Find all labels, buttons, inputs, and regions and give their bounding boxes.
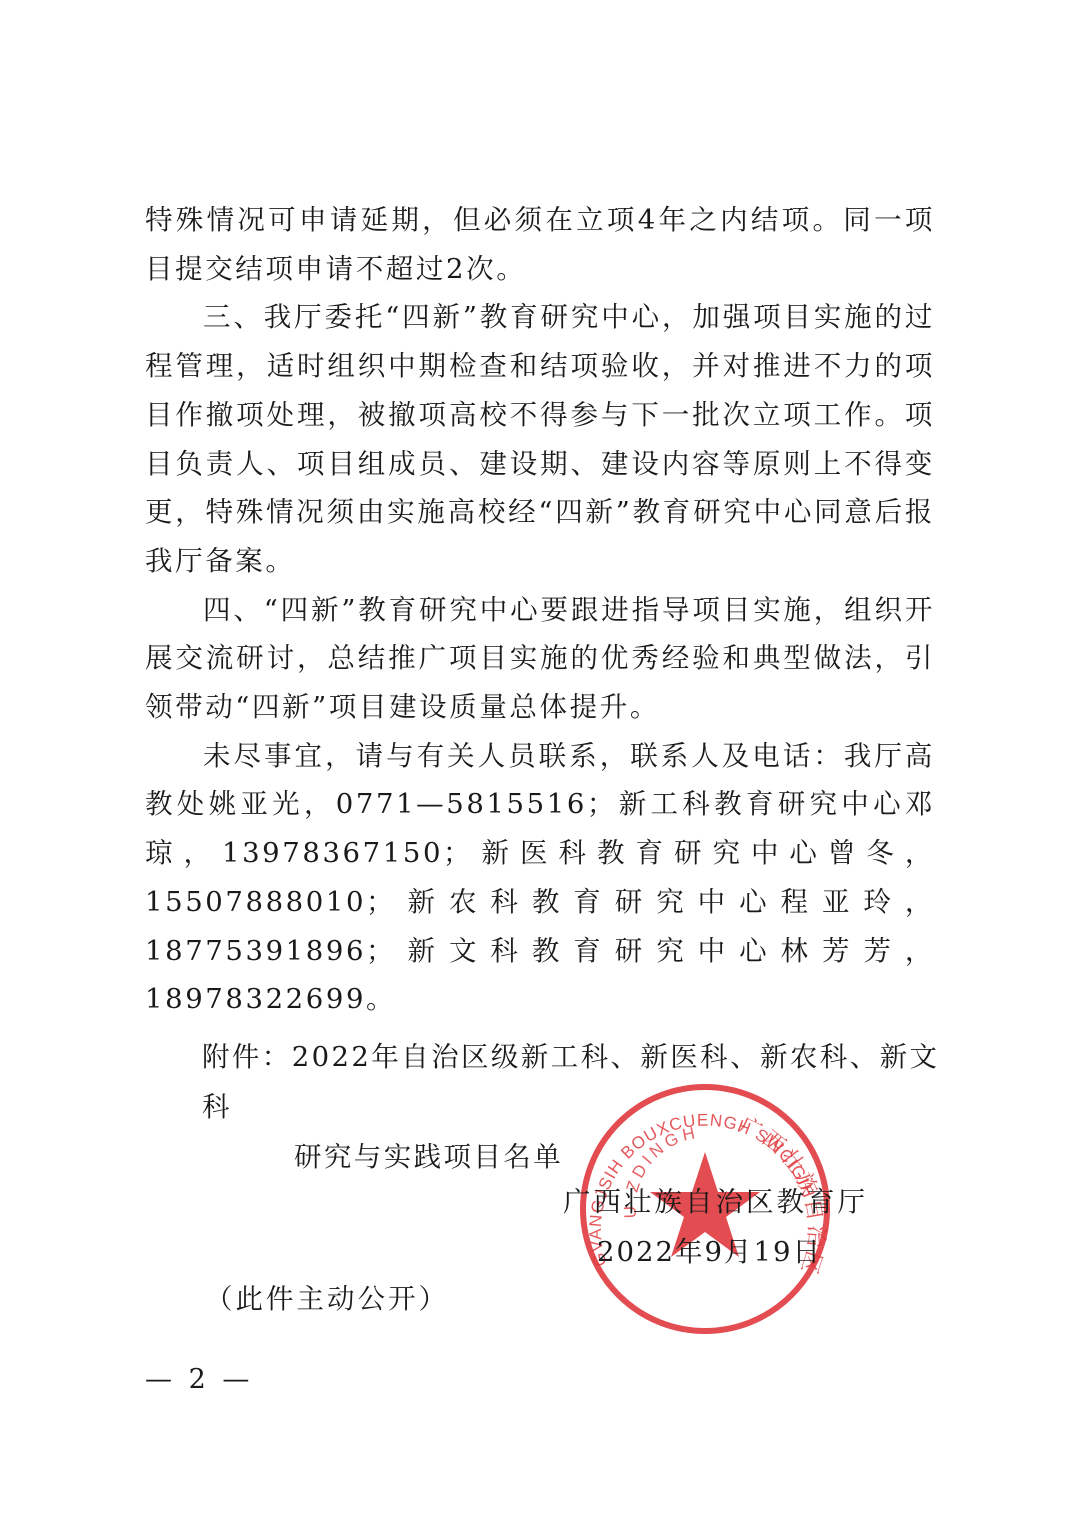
paragraph-section-four: 四、“四新”教育研究中心要跟进指导项目实施，组织开展交流研讨，总结推广项目实施的…	[145, 586, 935, 732]
page-number: — 2 —	[145, 1364, 253, 1395]
issue-date: 2022年9月19日	[563, 1227, 868, 1277]
public-disclosure-note: （此件主动公开）	[205, 1276, 449, 1316]
signature-block: 广西壮族自治区教育厅 2022年9月19日	[563, 1177, 868, 1277]
document-body: 特殊情况可申请延期，但必须在立项4年之内结项。同一项目提交结项申请不超过2次。 …	[145, 196, 935, 1024]
document-page: 特殊情况可申请延期，但必须在立项4年之内结项。同一项目提交结项申请不超过2次。 …	[0, 0, 1080, 1527]
paragraph-section-three: 三、我厅委托“四新”教育研究中心，加强项目实施的过程管理，适时组织中期检查和结项…	[145, 293, 935, 585]
paragraph-contacts: 未尽事宜，请与有关人员联系，联系人及电话：我厅高教处姚亚光，0771—58155…	[145, 732, 935, 1024]
paragraph-extension-rule: 特殊情况可申请延期，但必须在立项4年之内结项。同一项目提交结项申请不超过2次。	[145, 196, 935, 293]
issuer-name: 广西壮族自治区教育厅	[563, 1177, 868, 1227]
